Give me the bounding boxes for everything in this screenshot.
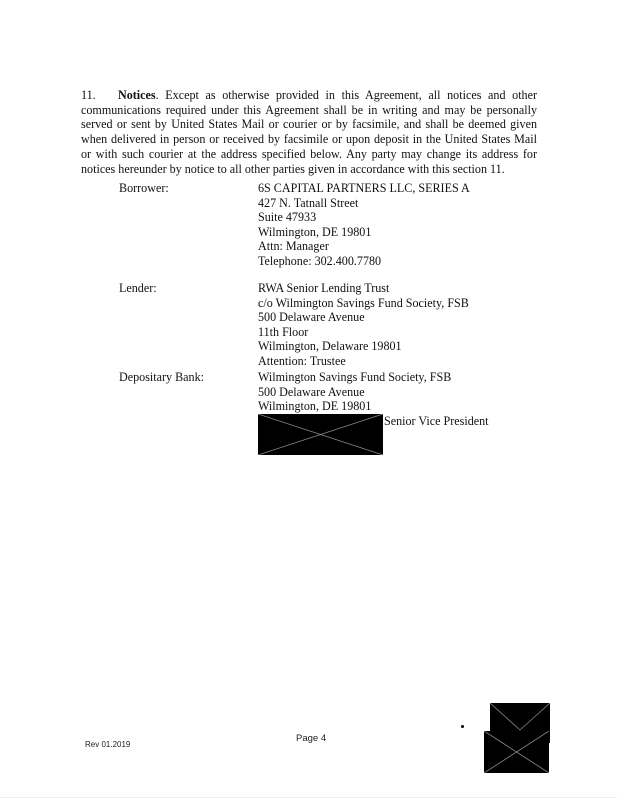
scan-edge (0, 797, 617, 798)
address-line: 500 Delaware Avenue (258, 310, 469, 325)
address-line: c/o Wilmington Savings Fund Society, FSB (258, 296, 469, 311)
party-address: RWA Senior Lending Trust c/o Wilmington … (258, 281, 469, 368)
address-line: Wilmington, Delaware 19801 (258, 339, 469, 354)
address-line: 6S CAPITAL PARTNERS LLC, SERIES A (258, 181, 470, 196)
party-address: Wilmington Savings Fund Society, FSB 500… (258, 370, 451, 414)
redaction-cross-icon (258, 414, 383, 455)
section-number: 11. (81, 88, 118, 103)
redaction-box-name (258, 414, 383, 455)
notices-paragraph: 11.Notices. Except as otherwise provided… (81, 88, 537, 176)
address-line: Wilmington, DE 19801 (258, 399, 451, 414)
section-heading: Notices (118, 88, 156, 102)
revision-label: Rev 01.2019 (85, 740, 130, 749)
address-line: Suite 47933 (258, 210, 470, 225)
address-line: Attn: Manager (258, 239, 470, 254)
stray-mark (461, 725, 464, 728)
redaction-cross-icon (484, 731, 549, 773)
document-page: 11.Notices. Except as otherwise provided… (0, 0, 617, 800)
address-line: Wilmington, DE 19801 (258, 225, 470, 240)
page-number: Page 4 (296, 733, 326, 744)
address-line: 427 N. Tatnall Street (258, 196, 470, 211)
address-line: 11th Floor (258, 325, 469, 340)
party-label: Depositary Bank: (119, 370, 204, 385)
party-label: Borrower: (119, 181, 169, 196)
address-line: 500 Delaware Avenue (258, 385, 451, 400)
party-address: 6S CAPITAL PARTNERS LLC, SERIES A 427 N.… (258, 181, 470, 268)
address-line: RWA Senior Lending Trust (258, 281, 469, 296)
signatory-title: Senior Vice President (384, 414, 489, 429)
party-label: Lender: (119, 281, 157, 296)
address-line: Wilmington Savings Fund Society, FSB (258, 370, 451, 385)
address-line: Telephone: 302.400.7780 (258, 254, 470, 269)
address-line: Attention: Trustee (258, 354, 469, 369)
redaction-box-initials-2 (484, 731, 549, 773)
